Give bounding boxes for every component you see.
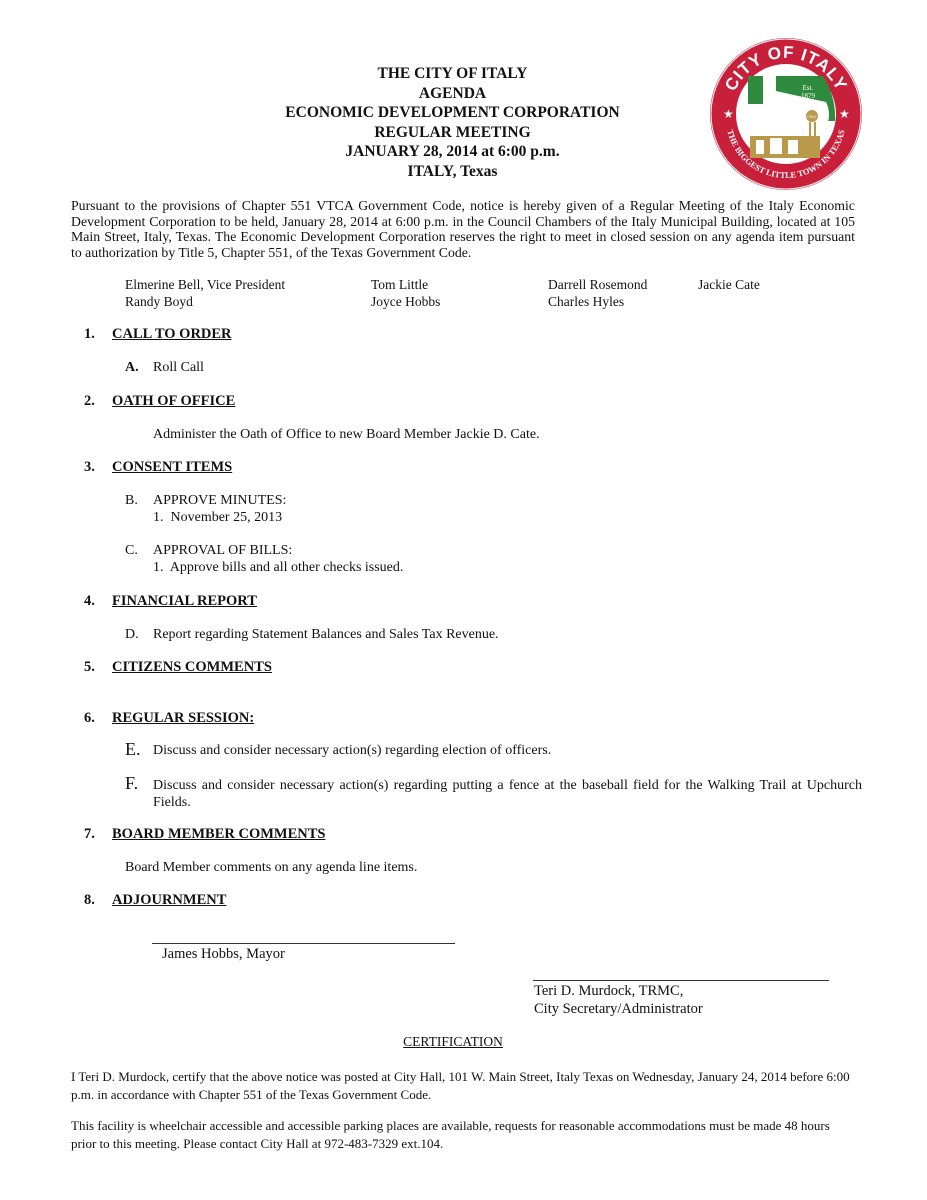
star-icon: ★ (723, 107, 734, 121)
intro-paragraph: Pursuant to the provisions of Chapter 55… (71, 198, 855, 260)
board-member: Joyce Hobbs (371, 294, 440, 310)
seal-tower-label: ITALY (807, 115, 817, 119)
section-number: 6. (84, 710, 95, 727)
seal-est-label: Est. (803, 84, 814, 92)
section-number: 3. (84, 459, 95, 476)
item-letter: F. (125, 773, 138, 794)
section-title-financial-report: FINANCIAL REPORT (112, 593, 257, 610)
item-letter: A. (125, 360, 139, 376)
section-number: 4. (84, 593, 95, 610)
oath-text: Administer the Oath of Office to new Boa… (153, 427, 540, 443)
item-financial-report: Report regarding Statement Balances and … (153, 627, 499, 643)
board-member: Charles Hyles (548, 294, 624, 310)
certification-title: CERTIFICATION (0, 1034, 906, 1050)
board-member: Tom Little (371, 277, 428, 293)
city-seal-logo: ITALY Est. 1879 CITY OF ITALY THE BIGGES… (708, 36, 864, 192)
section-title-regular-session: REGULAR SESSION: (112, 710, 254, 727)
item-letter: B. (125, 493, 138, 509)
document-header: THE CITY OF ITALY AGENDA ECONOMIC DEVELO… (190, 64, 715, 181)
item-fence-baseball-field: Discuss and consider necessary action(s)… (153, 777, 862, 811)
item-letter: E. (125, 739, 141, 760)
item-election-of-officers: Discuss and consider necessary action(s)… (153, 743, 551, 759)
section-title-oath-of-office: OATH OF OFFICE (112, 393, 235, 410)
item-letter: C. (125, 543, 138, 559)
item-approval-of-bills: APPROVAL OF BILLS: (153, 543, 292, 559)
item-letter: D. (125, 627, 139, 643)
board-member: Elmerine Bell, Vice President (125, 277, 285, 293)
section-number: 8. (84, 892, 95, 909)
section-title-adjournment: ADJOURNMENT (112, 892, 226, 909)
seal-est-year: 1879 (801, 92, 816, 100)
item-approve-minutes: APPROVE MINUTES: (153, 493, 286, 509)
header-location: ITALY, Texas (190, 162, 715, 182)
section-number: 5. (84, 659, 95, 676)
secretary-name: Teri D. Murdock, TRMC, (534, 983, 683, 1000)
item-minutes-date: 1. November 25, 2013 (153, 510, 282, 526)
section-title-citizens-comments: CITIZENS COMMENTS (112, 659, 272, 676)
board-member: Randy Boyd (125, 294, 193, 310)
section-number: 1. (84, 326, 95, 343)
section-title-consent-items: CONSENT ITEMS (112, 459, 232, 476)
section-number: 2. (84, 393, 95, 410)
secretary-signature-line (533, 980, 829, 981)
header-org: ECONOMIC DEVELOPMENT CORPORATION (190, 103, 715, 123)
section-title-board-member-comments: BOARD MEMBER COMMENTS (112, 826, 325, 843)
board-member: Jackie Cate (698, 277, 760, 293)
board-comments-text: Board Member comments on any agenda line… (125, 860, 417, 876)
mayor-signature-line (152, 943, 455, 944)
header-city: THE CITY OF ITALY (190, 64, 715, 84)
item-roll-call: Roll Call (153, 360, 204, 376)
section-title-call-to-order: CALL TO ORDER (112, 326, 232, 343)
accessibility-notice: This facility is wheelchair accessible a… (71, 1117, 851, 1153)
secretary-title: City Secretary/Administrator (534, 1001, 703, 1018)
header-date: JANUARY 28, 2014 at 6:00 p.m. (190, 142, 715, 162)
header-meeting-type: REGULAR MEETING (190, 123, 715, 143)
certification-text: I Teri D. Murdock, certify that the abov… (71, 1068, 851, 1104)
header-agenda: AGENDA (190, 84, 715, 104)
mayor-name: James Hobbs, Mayor (162, 946, 285, 963)
item-approve-bills: 1. Approve bills and all other checks is… (153, 560, 403, 576)
section-number: 7. (84, 826, 95, 843)
board-member: Darrell Rosemond (548, 277, 647, 293)
star-icon: ★ (839, 107, 850, 121)
